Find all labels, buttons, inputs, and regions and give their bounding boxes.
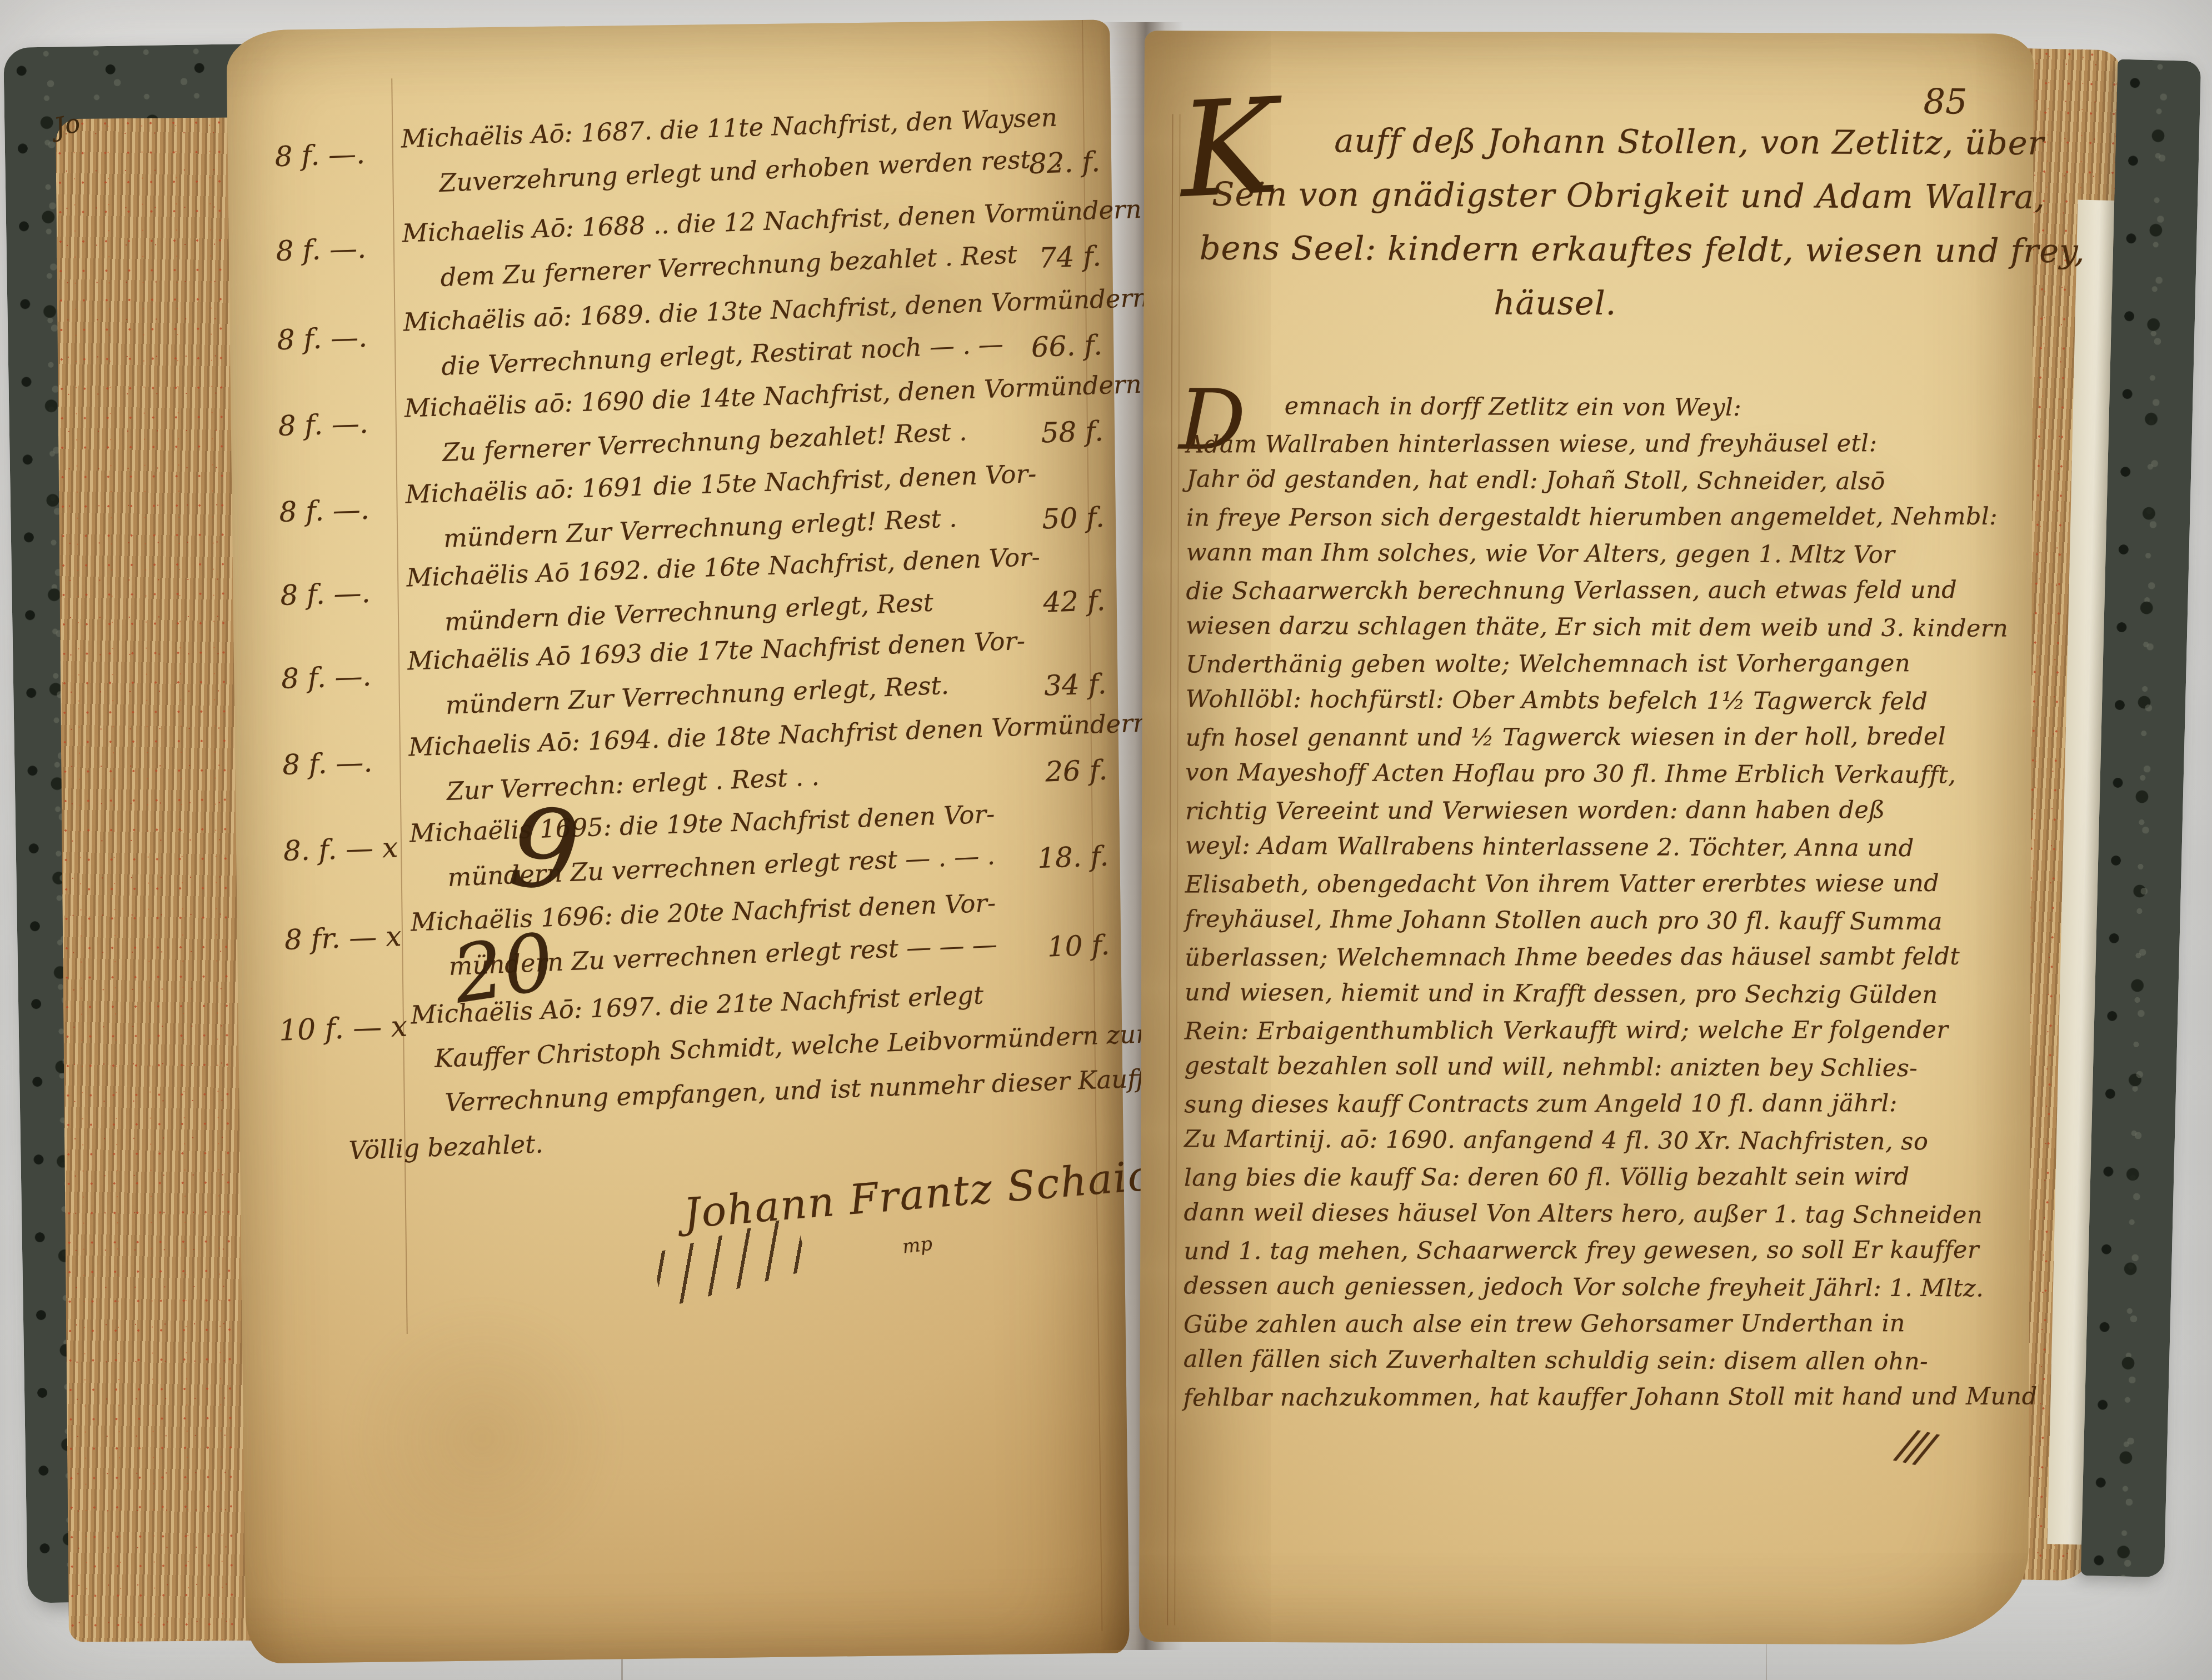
body-line: allen fällen sich Zuverhalten schuldig s… (1184, 1341, 2023, 1380)
body-line: emnach in dorff Zetlitz ein von Weyl: (1285, 388, 2026, 427)
body-line: Rein: Erbaigenthumblich Verkaufft wird; … (1185, 1012, 2024, 1050)
section-heading: K auff deß Johann Stollen, von Zetlitz, … (1182, 113, 2022, 331)
body-line: dessen auch geniessen, jedoch Vor solche… (1184, 1267, 2023, 1307)
body-line: Zu Martinij. aō: 1690. anfangend 4 fl. 3… (1184, 1121, 2023, 1160)
body-line: Adam Wallraben hinterlassen wiese, und f… (1186, 425, 2025, 463)
body-line: von Mayeshoff Acten Hoflau pro 30 fl. Ih… (1185, 754, 2024, 793)
entry-rest-amount: 82. f. (1028, 146, 1101, 180)
body-line: sung dieses kauff Contracts zum Angeld 1… (1184, 1085, 2023, 1123)
left-page: 8 f. —. Michaëlis Aō: 1687. die 11te Nac… (226, 19, 1130, 1663)
ink-overwrite-digit: 9 (504, 784, 585, 917)
entry-margin-amount: 8 f. —. (278, 407, 369, 442)
signature-note: mp (901, 1233, 933, 1258)
body-line: wann man Ihm solches, wie Vor Alters, ge… (1186, 534, 2025, 573)
body-line: weyl: Adam Wallrabens hinterlassene 2. T… (1185, 827, 2024, 867)
paper-stain (336, 1292, 628, 1584)
entry-margin-amount: 8 f. —. (276, 232, 367, 267)
heading-line: bens Seel: kindern erkauftes feldt, wies… (1200, 221, 2022, 278)
entry-rest-amount: 26 f. (1045, 754, 1108, 788)
body-line: richtig Vereeint und Verwiesen worden: d… (1185, 792, 2024, 830)
entry-rest-amount: 50 f. (1042, 501, 1105, 536)
entry-margin-amount: 8 f. —. (282, 746, 373, 781)
body-line: dann weil dieses häusel Von Alters hero,… (1184, 1194, 2023, 1233)
entry-margin-amount: 8. f. — x (283, 831, 398, 867)
continuation-mark: /// (1895, 1418, 1934, 1473)
body-line: Gübe zahlen auch alse ein trew Gehorsame… (1184, 1305, 2023, 1343)
ledger-final-entry: 10 f. — x Michaëlis Aō: 1697. die 21te N… (283, 969, 1106, 1175)
margin-rule (1167, 114, 1173, 1625)
body-line: die Schaarwerckh berechnung Verlassen, a… (1186, 572, 2025, 610)
body-line: Elisabeth, obengedacht Von ihrem Vatter … (1185, 865, 2024, 903)
body-line: freyhäusel, Ihme Johann Stollen auch pro… (1185, 901, 2024, 940)
body-line: fehlbar nachzukommen, hat kauffer Johann… (1183, 1378, 2022, 1417)
body-line: überlassen; Welchemnach Ihme beedes das … (1185, 938, 2024, 977)
body-line: Underthänig geben wolte; Welchemnach ist… (1186, 645, 2025, 683)
entry-rest-amount: 18. f. (1037, 840, 1109, 874)
entry-rest-amount: 66. f. (1031, 329, 1103, 363)
heading-line: häusel. (1494, 276, 2021, 331)
right-page: 85 K auff deß Johann Stollen, von Zetlit… (1139, 31, 2034, 1645)
book-photo: Jo 8 f. —. Michaëlis Aō: 1687. die 11te … (0, 0, 2212, 1680)
entry-margin-amount: 8 f. —. (281, 660, 372, 695)
entry-rest-amount: 34 f. (1043, 668, 1107, 702)
entry-margin-amount: 8 fr. — x (284, 920, 402, 956)
entry-rest-amount: 74 f. (1038, 240, 1102, 274)
body-line: gestalt bezahlen soll und will, nehmbl: … (1184, 1047, 2023, 1087)
body-line: Wohllöbl: hochfürstl: Ober Ambts befelch… (1186, 681, 2025, 720)
entry-margin-amount: 8 f. —. (279, 577, 371, 612)
entry-margin-amount: 8 f. —. (277, 321, 368, 356)
entry-rest-amount: 42 f. (1042, 584, 1106, 619)
body-line: Jahr öd gestanden, hat endl: Johañ Stoll… (1186, 461, 2025, 500)
heading-line: auff deß Johann Stollen, von Zetlitz, üb… (1334, 113, 2022, 169)
margin-rule (1174, 114, 1180, 1625)
body-line: und wiesen, hiemit und in Krafft dessen,… (1185, 974, 2024, 1013)
entry-margin-amount: 8 f. —. (274, 138, 366, 173)
contract-body: D emnach in dorff Zetlitz ein von Weyl: … (1183, 387, 2025, 1417)
body-line: in freye Person sich dergestaldt hierumb… (1186, 498, 2025, 537)
body-line: lang bies die kauff Sa: deren 60 fl. Völ… (1184, 1158, 2023, 1197)
entry-margin-amount: 10 f. — x (278, 1010, 408, 1048)
heading-line: Sein von gnädigster Obrigkeit und Adam W… (1212, 167, 2022, 224)
body-line: wiesen darzu schlagen thäte, Er sich mit… (1186, 607, 2025, 647)
entry-margin-amount: 8 f. —. (279, 493, 370, 528)
body-line: und 1. tag mehen, Schaarwerck frey gewes… (1184, 1232, 2023, 1270)
heading-drop-cap: K (1177, 91, 1281, 207)
body-line: ufn hosel genannt und ½ Tagwerck wiesen … (1186, 718, 2025, 757)
entry-rest-amount: 58 f. (1041, 415, 1104, 449)
